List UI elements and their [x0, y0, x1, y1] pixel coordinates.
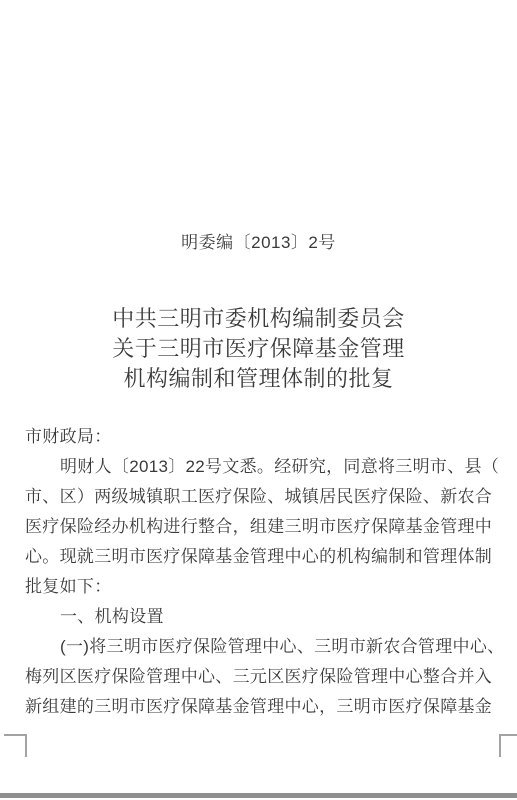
body-line: 梅列区医疗保险管理中心、三元区医疗保险管理中心整合并入: [25, 662, 493, 692]
body-line: 新组建的三明市医疗保障基金管理中心，三明市医疗保障基金: [25, 692, 493, 722]
doc-number: 明委编〔2013〕2号: [0, 230, 517, 256]
page-corner-mark-left: [4, 734, 27, 757]
salutation-line: 市财政局：: [25, 422, 493, 452]
document-title-line-1: 中共三明市委机构编制委员会: [0, 304, 517, 334]
body-line: (一)将三明市医疗保险管理中心、三明市新农合管理中心、: [25, 632, 493, 662]
body-line: 明财人〔2013〕22号文悉。经研究，同意将三明市、县（: [25, 452, 493, 482]
document-title-line-3: 机构编制和管理体制的批复: [0, 364, 517, 394]
body-line: 批复如下：: [25, 572, 493, 602]
bottom-divider-bar: [0, 793, 517, 798]
document-page: 明委编〔2013〕2号 中共三明市委机构编制委员会 关于三明市医疗保障基金管理 …: [0, 0, 517, 800]
body-line: 医疗保险经办机构进行整合，组建三明市医疗保障基金管理中: [25, 512, 493, 542]
body-line: 心。现就三明市医疗保障基金管理中心的机构编制和管理体制: [25, 542, 493, 572]
body-line: 市、区）两级城镇职工医疗保险、城镇居民医疗保险、新农合: [25, 482, 493, 512]
section-heading: 一、机构设置: [25, 602, 493, 632]
document-title-line-2: 关于三明市医疗保障基金管理: [0, 334, 517, 364]
document-body: 市财政局： 明财人〔2013〕22号文悉。经研究，同意将三明市、县（ 市、区）两…: [25, 422, 493, 722]
page-corner-mark-right: [499, 734, 517, 757]
document-title: 中共三明市委机构编制委员会 关于三明市医疗保障基金管理 机构编制和管理体制的批复: [0, 304, 517, 394]
